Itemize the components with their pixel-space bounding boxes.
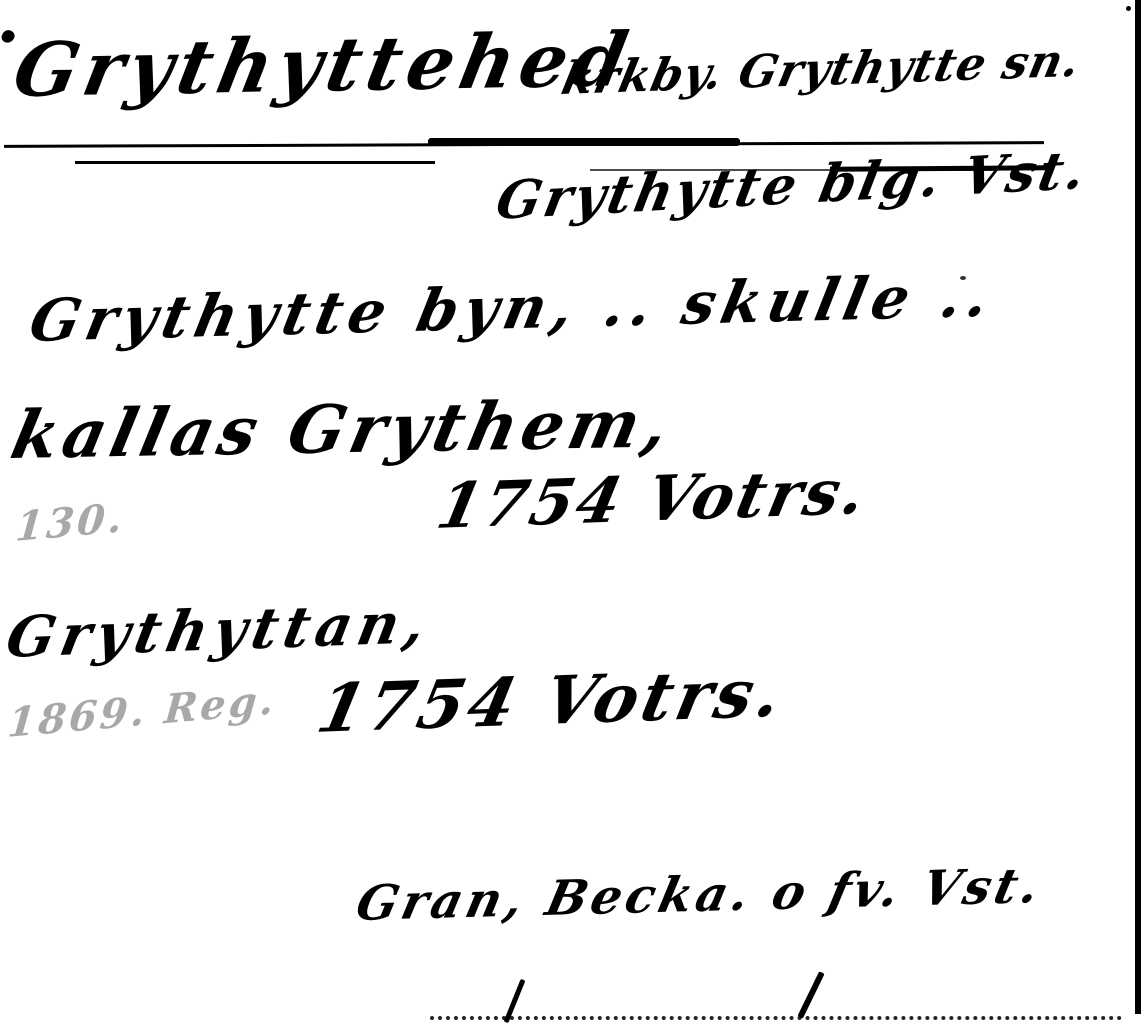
headword-underline-thick (428, 138, 740, 146)
variant-name: Grythyttan, (2, 595, 436, 666)
scan-edge-rule (1135, 0, 1141, 1014)
annotation-district: Grythytte blg. Vst. (492, 144, 1092, 228)
pen-stroke (797, 971, 824, 1019)
headword: Grythyttehed (8, 23, 639, 108)
body-line-1: Grythytte byn, .. skulle .. (25, 266, 1000, 350)
annotation-parish: krkby. Grythytte sn. (558, 38, 1085, 101)
body-line-2: kallas Grythem, (6, 390, 679, 468)
margin-reg-note: 1869. Reg. (6, 680, 278, 744)
ink-speck (1126, 6, 1131, 11)
year-entry-1: 1754 Votrs. (432, 461, 874, 538)
bottom-dotted-edge (430, 1016, 1122, 1020)
ink-speck (960, 276, 966, 280)
headword-underline-2 (75, 161, 435, 164)
index-card: Grythyttehed krkby. Grythytte sn. Grythy… (0, 0, 1145, 1026)
margin-number: 130. (14, 498, 127, 548)
footer-source: Gran, Becka. o fv. Vst. (352, 862, 1047, 928)
year-entry-2: 1754 Votrs. (312, 659, 791, 742)
ink-speck (0, 28, 17, 46)
